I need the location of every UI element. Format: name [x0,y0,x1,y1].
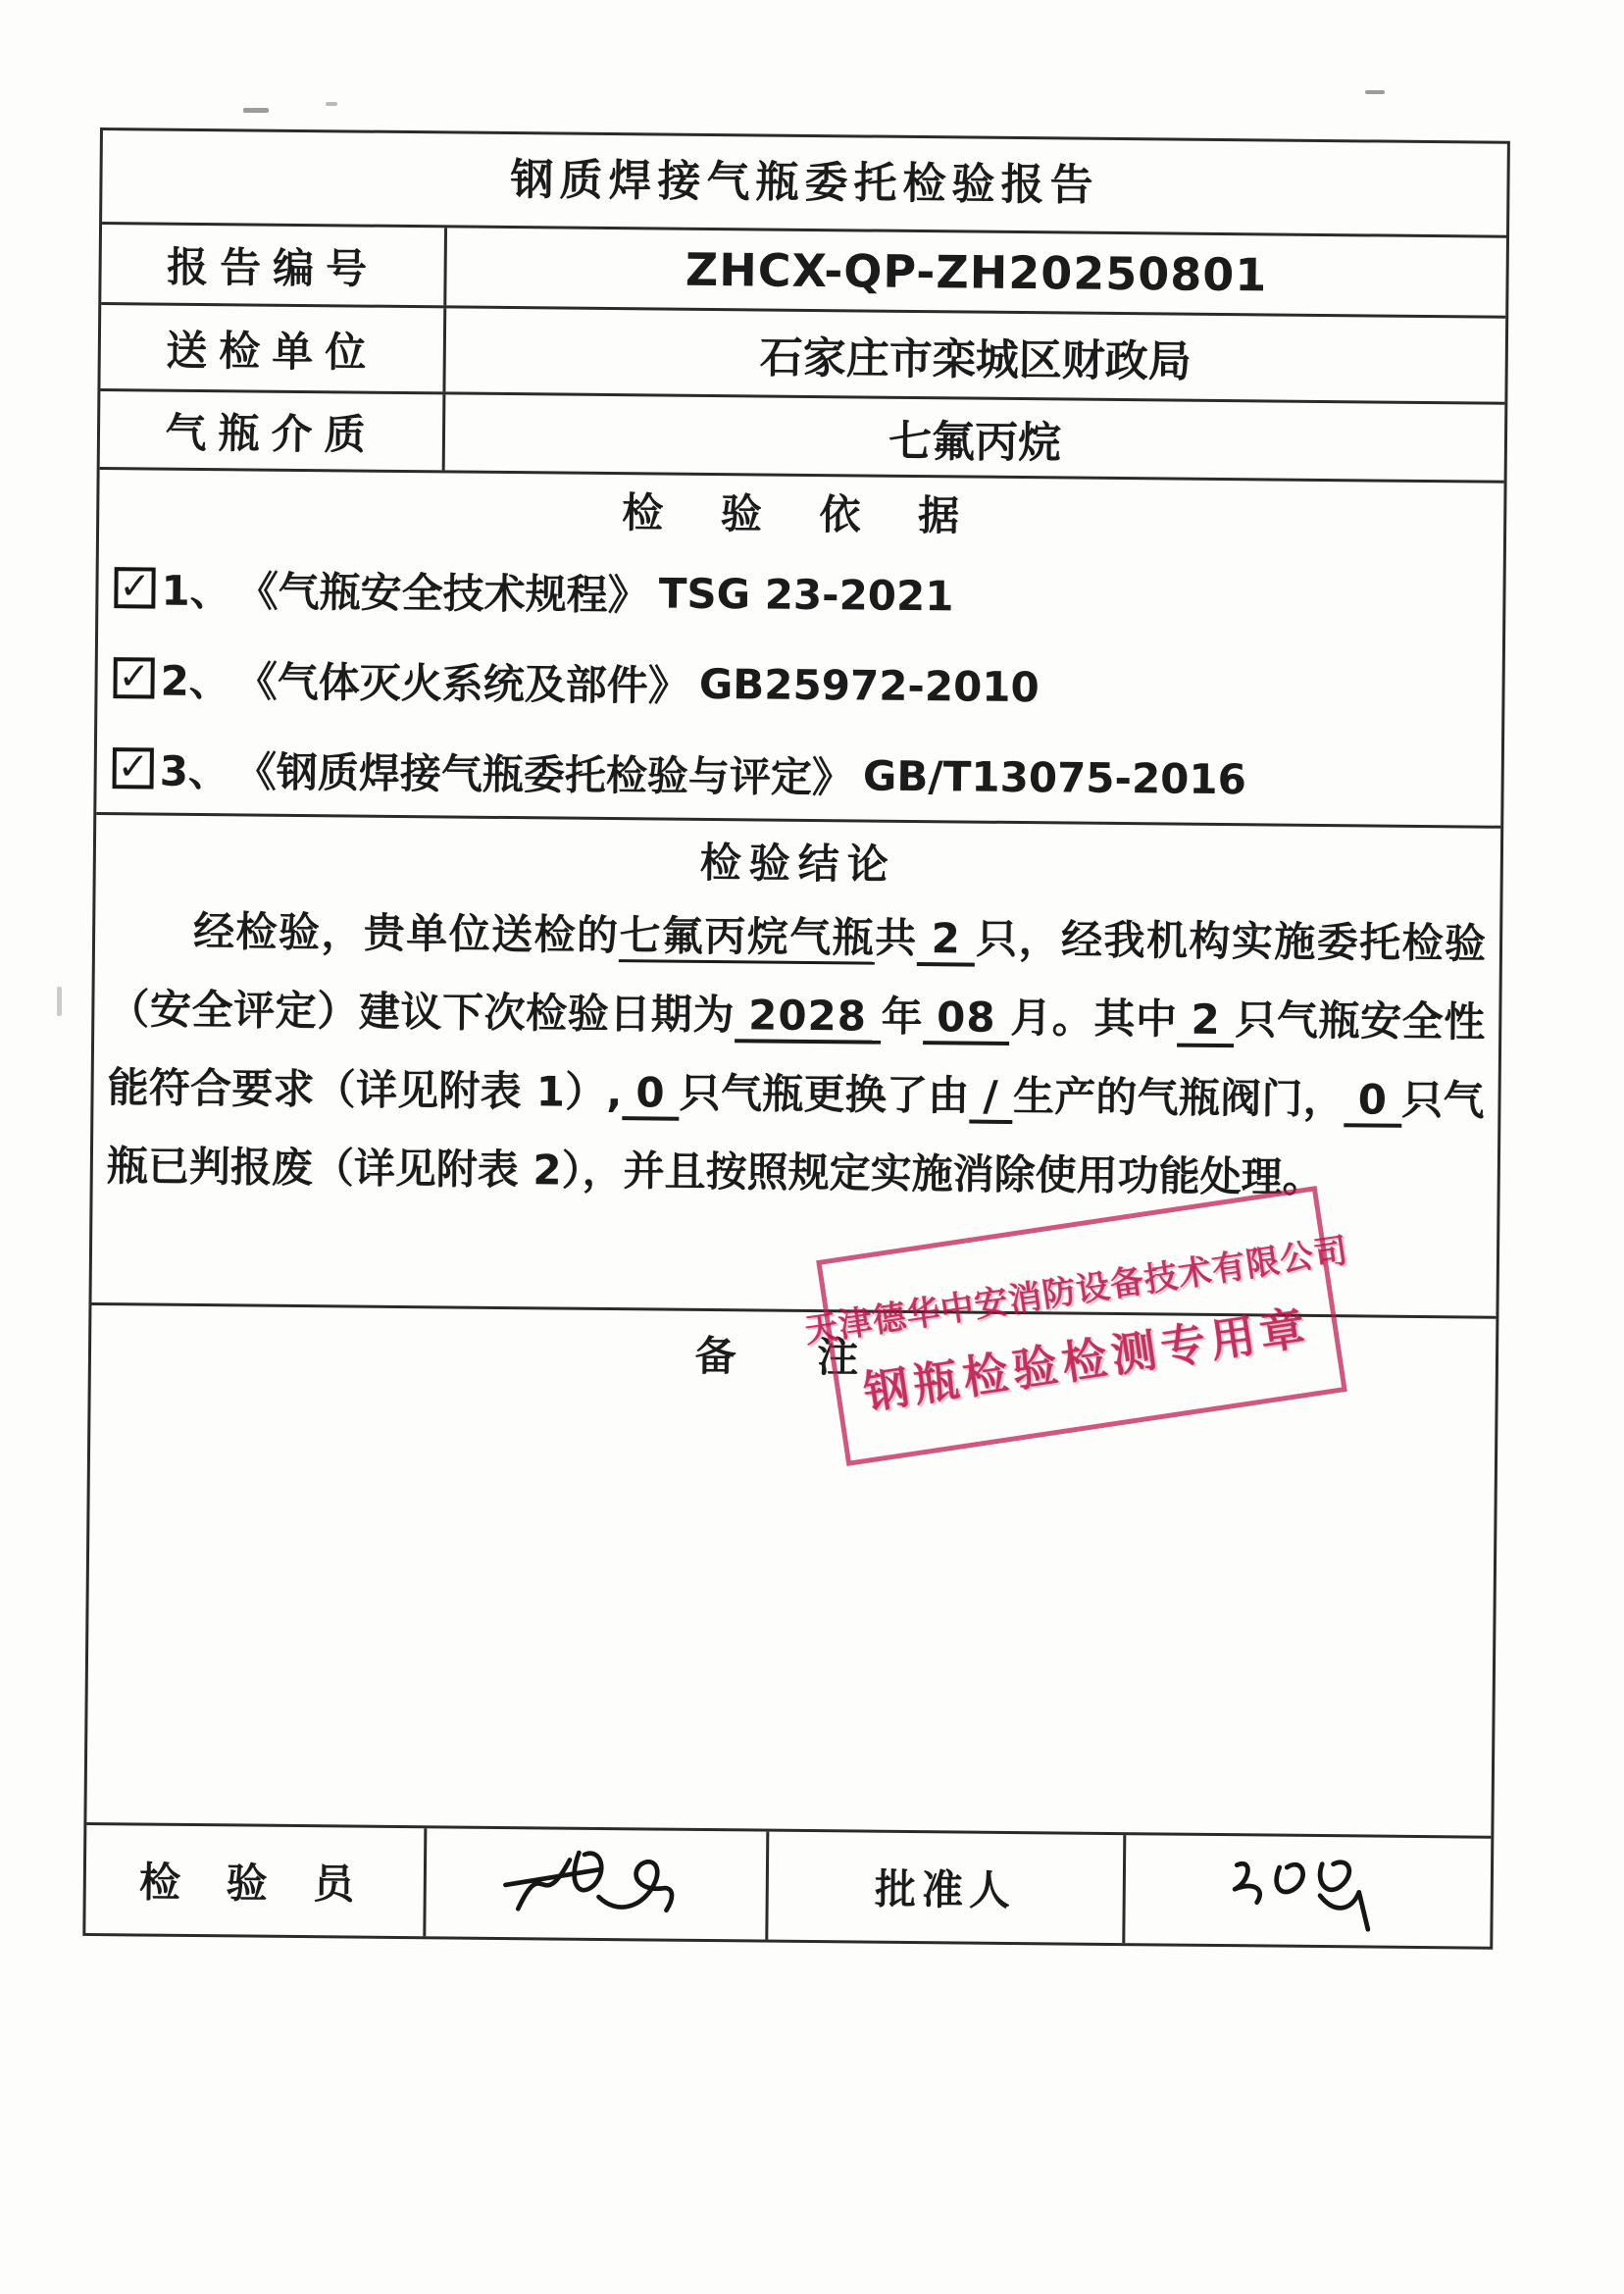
cylinder-medium-value: 七氟丙烷 [445,394,1505,480]
approver-signature [1125,1835,1491,1947]
basis-item-number: 3、 [159,739,229,799]
basis-item: ✓ 1、 《气瓶安全技术规程》 TSG 23-2021 [108,542,1494,646]
approver-label: 批准人 [768,1832,1126,1943]
conclusion-segment: 2 [917,914,975,967]
scan-artifact [57,987,62,1016]
conclusion-segment: 七氟丙烷气瓶 [619,911,875,964]
conclusion-segment: 08 [923,993,1010,1045]
inspector-signature-scribble [448,1827,743,1940]
basis-item-code: GB/T13075-2016 [863,751,1246,803]
basis-item: ✓ 3、 《钢质焊接气瓶委托检验与评定》 GB/T13075-2016 [106,723,1492,827]
conclusion-segment: 只气瓶更换了由 [679,1069,969,1120]
inspector-signature [426,1828,769,1939]
cylinder-medium-label: 气瓶介质 [100,391,446,470]
basis-item-number: 2、 [160,649,230,709]
inspection-basis-section: 检 验 依 据 ✓ 1、 《气瓶安全技术规程》 TSG 23-2021 ✓ 2、… [96,470,1503,829]
remark-section: 备 注 [86,1305,1496,1839]
conclusion-segment: / [969,1072,1013,1124]
remark-heading: 备 注 [91,1305,1497,1402]
basis-item-code: TSG 23-2021 [658,569,953,620]
checkbox-checked-icon: ✓ [114,567,155,608]
report-table: 钢质焊接气瓶委托检验报告 报告编号 ZHCX-QP-ZH20250801 送检单… [82,127,1510,1950]
checkbox-checked-icon: ✓ [113,747,154,789]
report-title: 钢质焊接气瓶委托检验报告 [102,130,1507,238]
report-number-label: 报告编号 [101,225,447,305]
basis-item-number: 1、 [161,559,231,619]
conclusion-segment: 生产的气瓶阀门， [1013,1072,1345,1123]
conclusion-paragraph: 经检验，贵单位送检的七氟丙烷气瓶共2只，经我机构实施委托检验（安全评定）建议下次… [106,892,1486,1218]
basis-item-text: 《气瓶安全技术规程》 [236,559,649,622]
conclusion-segment: 0 [622,1068,680,1121]
field-row-report-number: 报告编号 ZHCX-QP-ZH20250801 [101,225,1506,319]
client-unit-label: 送检单位 [100,305,446,391]
conclusion-segment: 共 [875,914,918,962]
inspection-conclusion-heading: 检验结论 [108,815,1490,905]
client-unit-value: 石家庄市栾城区财政局 [445,308,1505,401]
checkbox-checked-icon: ✓ [113,657,154,698]
conclusion-segment: 0 [1345,1075,1402,1128]
conclusion-segment: 年 [881,993,924,1041]
conclusion-segment: 2028 [735,991,881,1044]
scan-artifact [326,102,337,106]
approver-signature-scribble [1180,1839,1436,1943]
scan-artifact [1365,90,1385,94]
conclusion-segment: 经检验，贵单位送检的 [193,907,620,959]
field-row-cylinder-medium: 气瓶介质 七氟丙烷 [100,391,1505,484]
basis-item-text: 《气体灭火系统及部件》 [236,649,690,712]
basis-item: ✓ 2、 《气体灭火系统及部件》 GB25972-2010 [107,633,1493,737]
basis-item-text: 《钢质焊接气瓶委托检验与评定》 [235,739,854,804]
scan-artifact [243,108,269,113]
inspection-basis-heading: 检 验 依 据 [109,474,1495,556]
field-row-client-unit: 送检单位 石家庄市栾城区财政局 [100,305,1505,405]
report-number-value: ZHCX-QP-ZH20250801 [446,228,1506,315]
scanned-report-page: 钢质焊接气瓶委托检验报告 报告编号 ZHCX-QP-ZH20250801 送检单… [0,0,1624,2294]
signature-row: 检 验 员 批准人 [85,1825,1491,1947]
conclusion-segment: 2 [1177,995,1235,1048]
inspector-label: 检 验 员 [85,1825,427,1936]
inspection-conclusion-section: 检验结论 经检验，贵单位送检的七氟丙烷气瓶共2只，经我机构实施委托检验（安全评定… [91,815,1500,1319]
conclusion-segment: 月。其中 [1009,994,1177,1044]
basis-item-code: GB25972-2010 [699,659,1040,710]
